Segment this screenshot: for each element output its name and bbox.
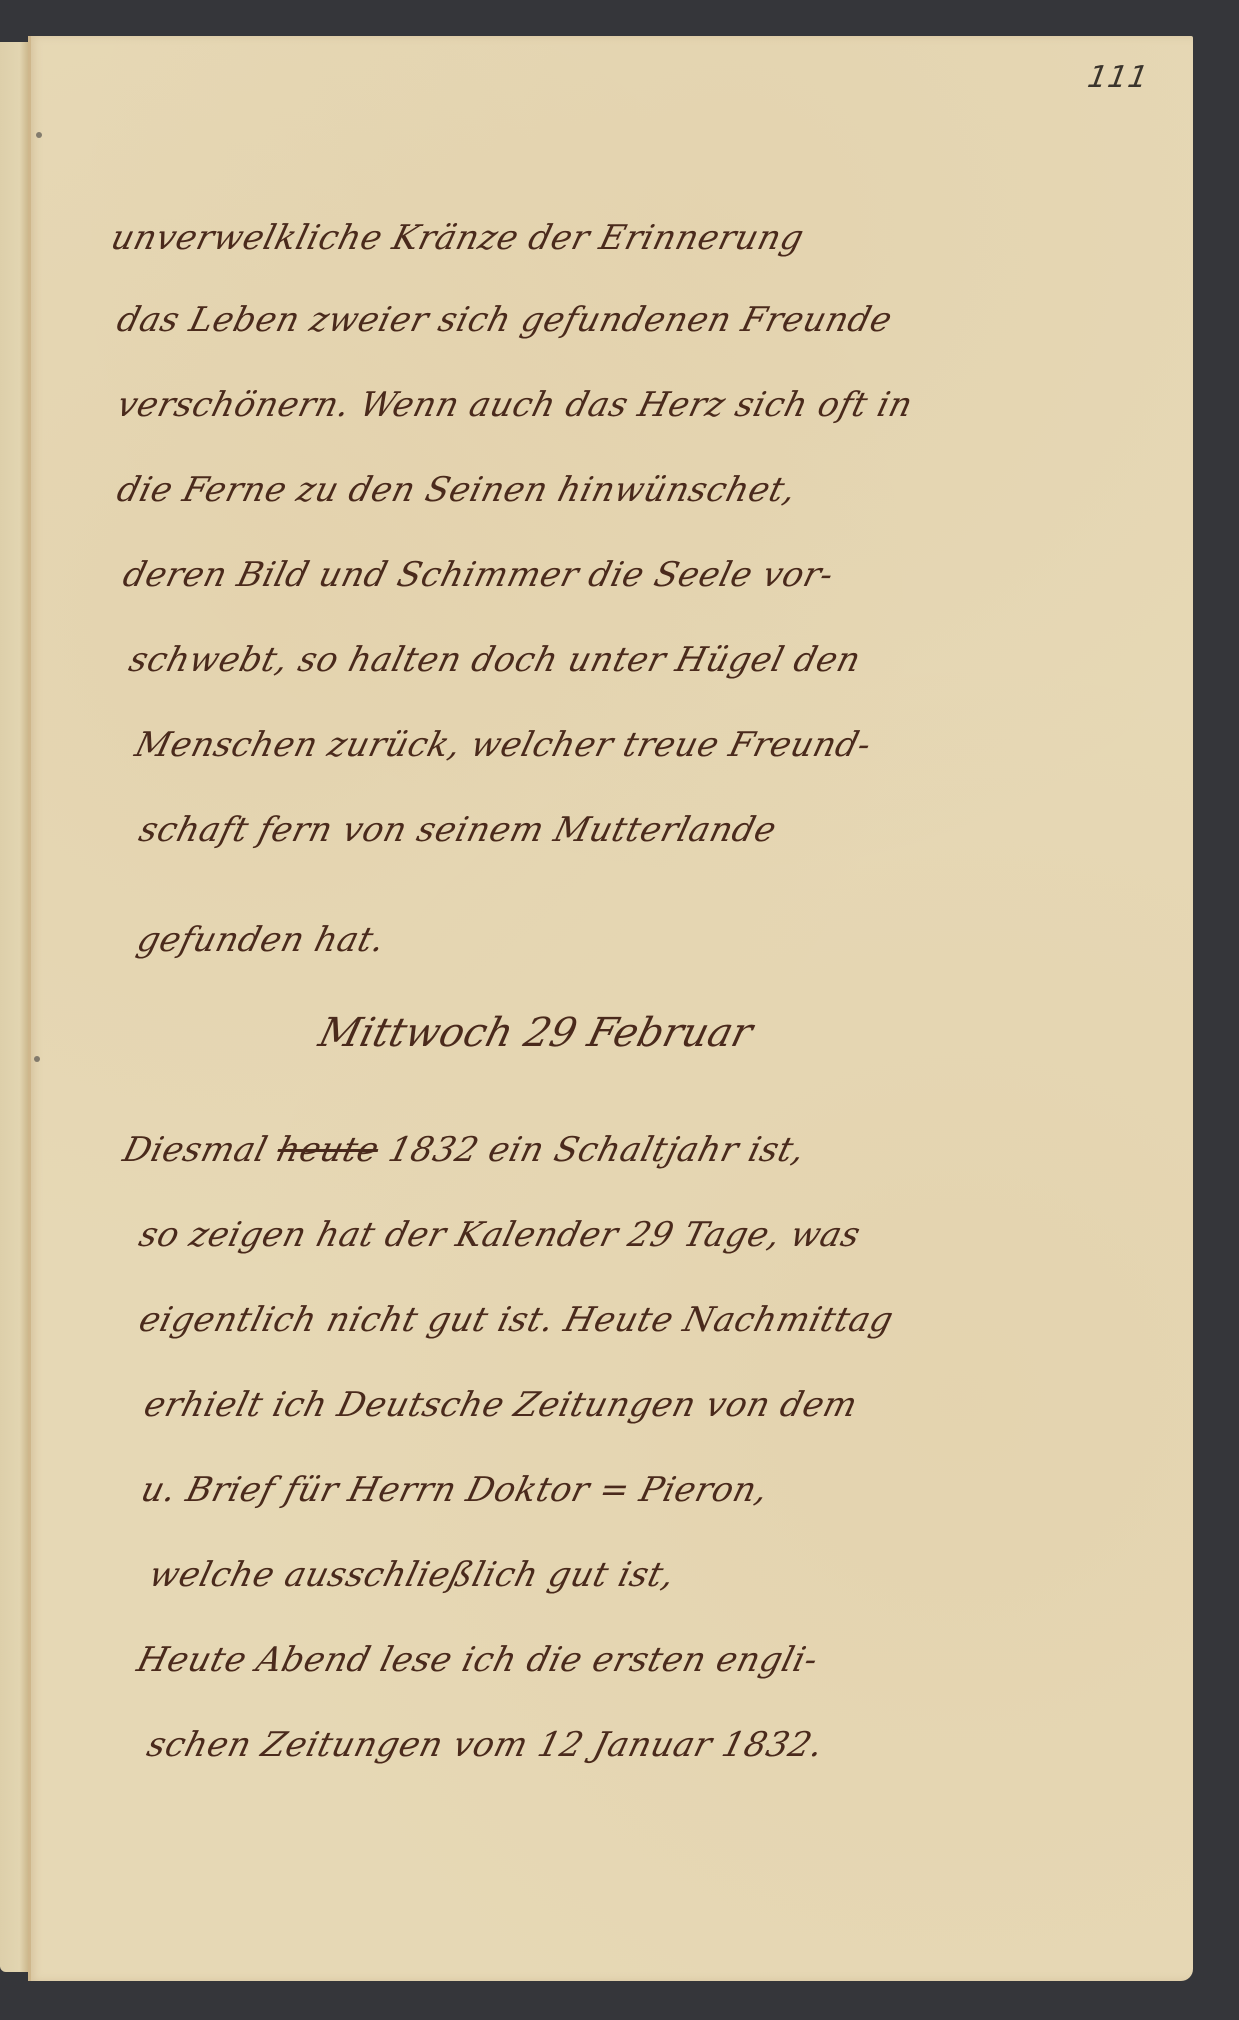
- text-line: u. Brief für Herrn Doktor = Pieron,: [137, 1470, 772, 1510]
- text-line: erhielt ich Deutsche Zeitungen von dem: [140, 1385, 862, 1425]
- text-line: schaft fern von seinem Mutterlande: [135, 810, 781, 850]
- text-line: das Leben zweier sich gefundenen Freunde: [113, 300, 896, 340]
- text-line: unverwelkliche Kränze der Erinnerung: [107, 218, 808, 258]
- text-line: schwebt, so halten doch unter Hügel den: [125, 640, 865, 680]
- text-line: Heute Abend lese ich die ersten engli-: [133, 1640, 822, 1680]
- binding-hole: [34, 1056, 40, 1062]
- folio-number: 111: [1085, 60, 1151, 95]
- text-line: welche ausschließlich gut ist,: [145, 1555, 679, 1595]
- adjacent-page-edge: [0, 42, 28, 1972]
- text-line: die Ferne zu den Seinen hinwünschet,: [113, 470, 800, 510]
- struck-word: heute: [273, 1130, 383, 1170]
- date-heading: Mittwoch 29 Februar: [314, 1010, 757, 1056]
- text-line: deren Bild und Schimmer die Seele vor-: [119, 555, 838, 595]
- text-line: gefunden hat.: [133, 920, 389, 960]
- text-segment: 1832 ein Schaltjahr ist,: [373, 1130, 809, 1170]
- text-line: schen Zeitungen vom 12 Januar 1832.: [143, 1725, 828, 1765]
- text-line: verschönern. Wenn auch das Herz sich oft…: [113, 385, 917, 425]
- binding-hole: [36, 132, 42, 138]
- text-segment: Diesmal: [119, 1130, 283, 1170]
- text-line: Diesmal heute 1832 ein Schaltjahr ist,: [119, 1130, 809, 1170]
- text-line: eigentlich nicht gut ist. Heute Nachmitt…: [135, 1300, 898, 1340]
- text-line: so zeigen hat der Kalender 29 Tage, was: [135, 1215, 865, 1255]
- text-line: Menschen zurück, welcher treue Freund-: [131, 725, 875, 765]
